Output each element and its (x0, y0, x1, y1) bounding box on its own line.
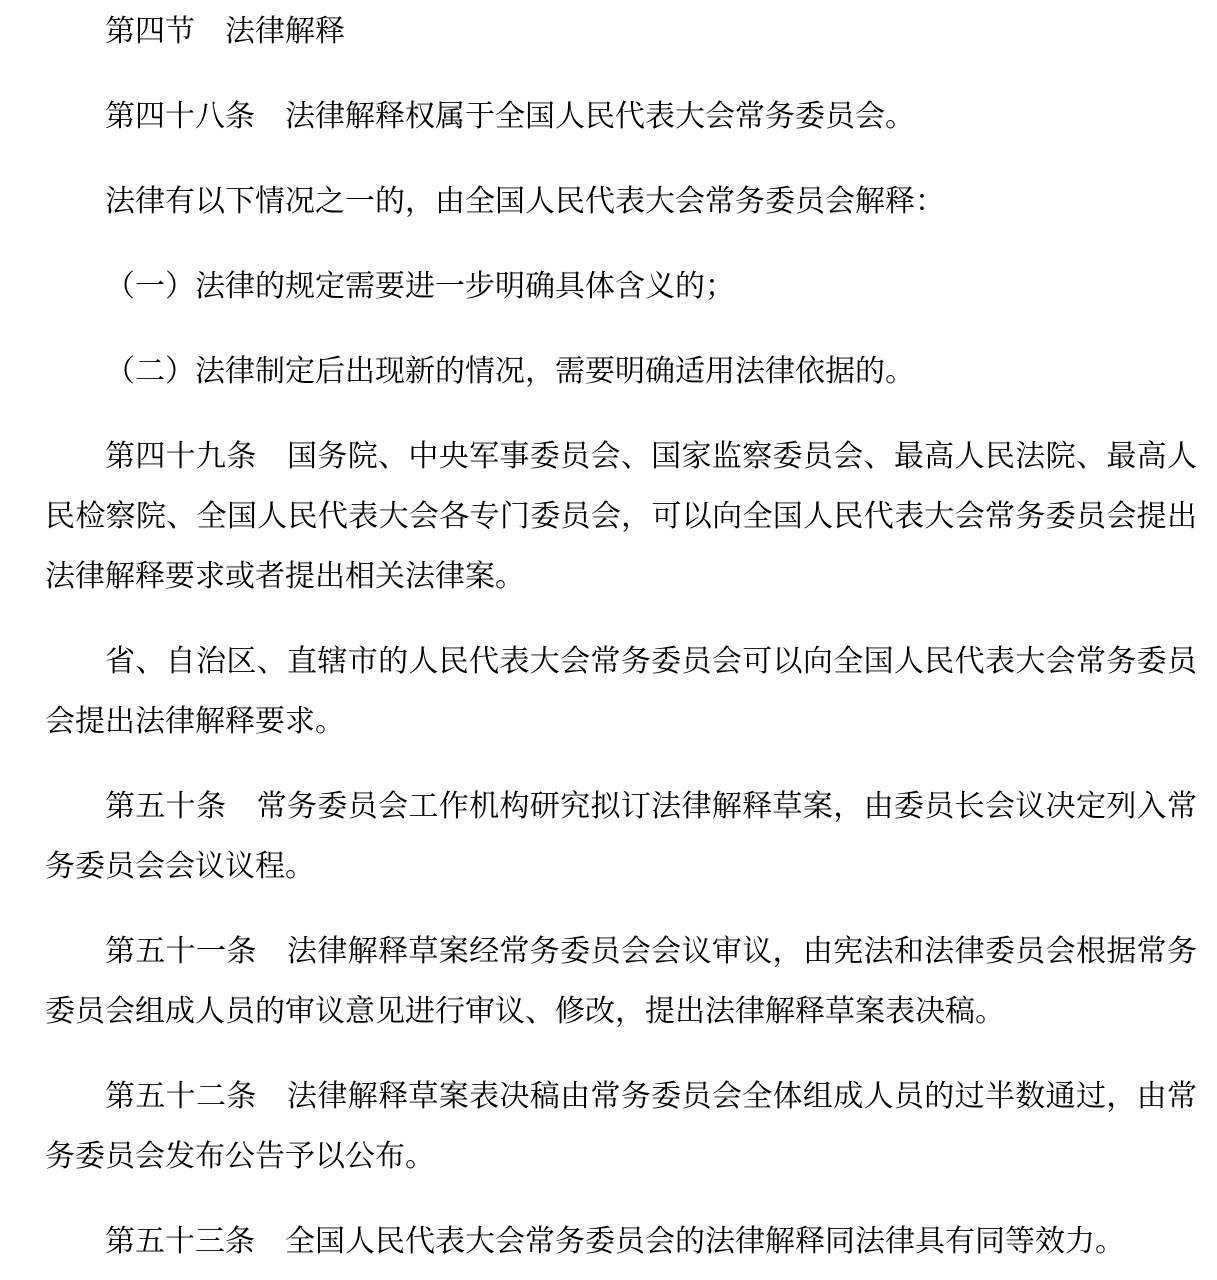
article-49-paragraph-2: 省、自治区、直辖市的人民代表大会常务委员会可以向全国人民代表大会常务委员会提出法… (45, 632, 1197, 752)
article-53-paragraph: 第五十三条 全国人民代表大会常务委员会的法律解释同法律具有同等效力。 (45, 1212, 1197, 1272)
article-50-paragraph: 第五十条 常务委员会工作机构研究拟订法律解释草案，由委员长会议决定列入常务委员会… (45, 777, 1197, 897)
article-52-paragraph: 第五十二条 法律解释草案表决稿由常务委员会全体组成人员的过半数通过，由常务委员会… (45, 1067, 1197, 1187)
article-51-paragraph: 第五十一条 法律解释草案经常务委员会会议审议，由宪法和法律委员会根据常务委员会组… (45, 922, 1197, 1042)
article-49-paragraph-1: 第四十九条 国务院、中央军事委员会、国家监察委员会、最高人民法院、最高人民检察院… (45, 427, 1197, 607)
article-48-paragraph: 第四十八条 法律解释权属于全国人民代表大会常务委员会。 (45, 87, 1197, 147)
article-48-item-two: （二）法律制定后出现新的情况，需要明确适用法律依据的。 (45, 342, 1197, 402)
legal-document-page: 第四节 法律解释 第四十八条 法律解释权属于全国人民代表大会常务委员会。 法律有… (0, 0, 1217, 1280)
section-heading: 第四节 法律解释 (45, 2, 1197, 62)
article-48-item-one: （一）法律的规定需要进一步明确具体含义的； (45, 257, 1197, 317)
article-48-conditions-intro: 法律有以下情况之一的，由全国人民代表大会常务委员会解释： (45, 172, 1197, 232)
